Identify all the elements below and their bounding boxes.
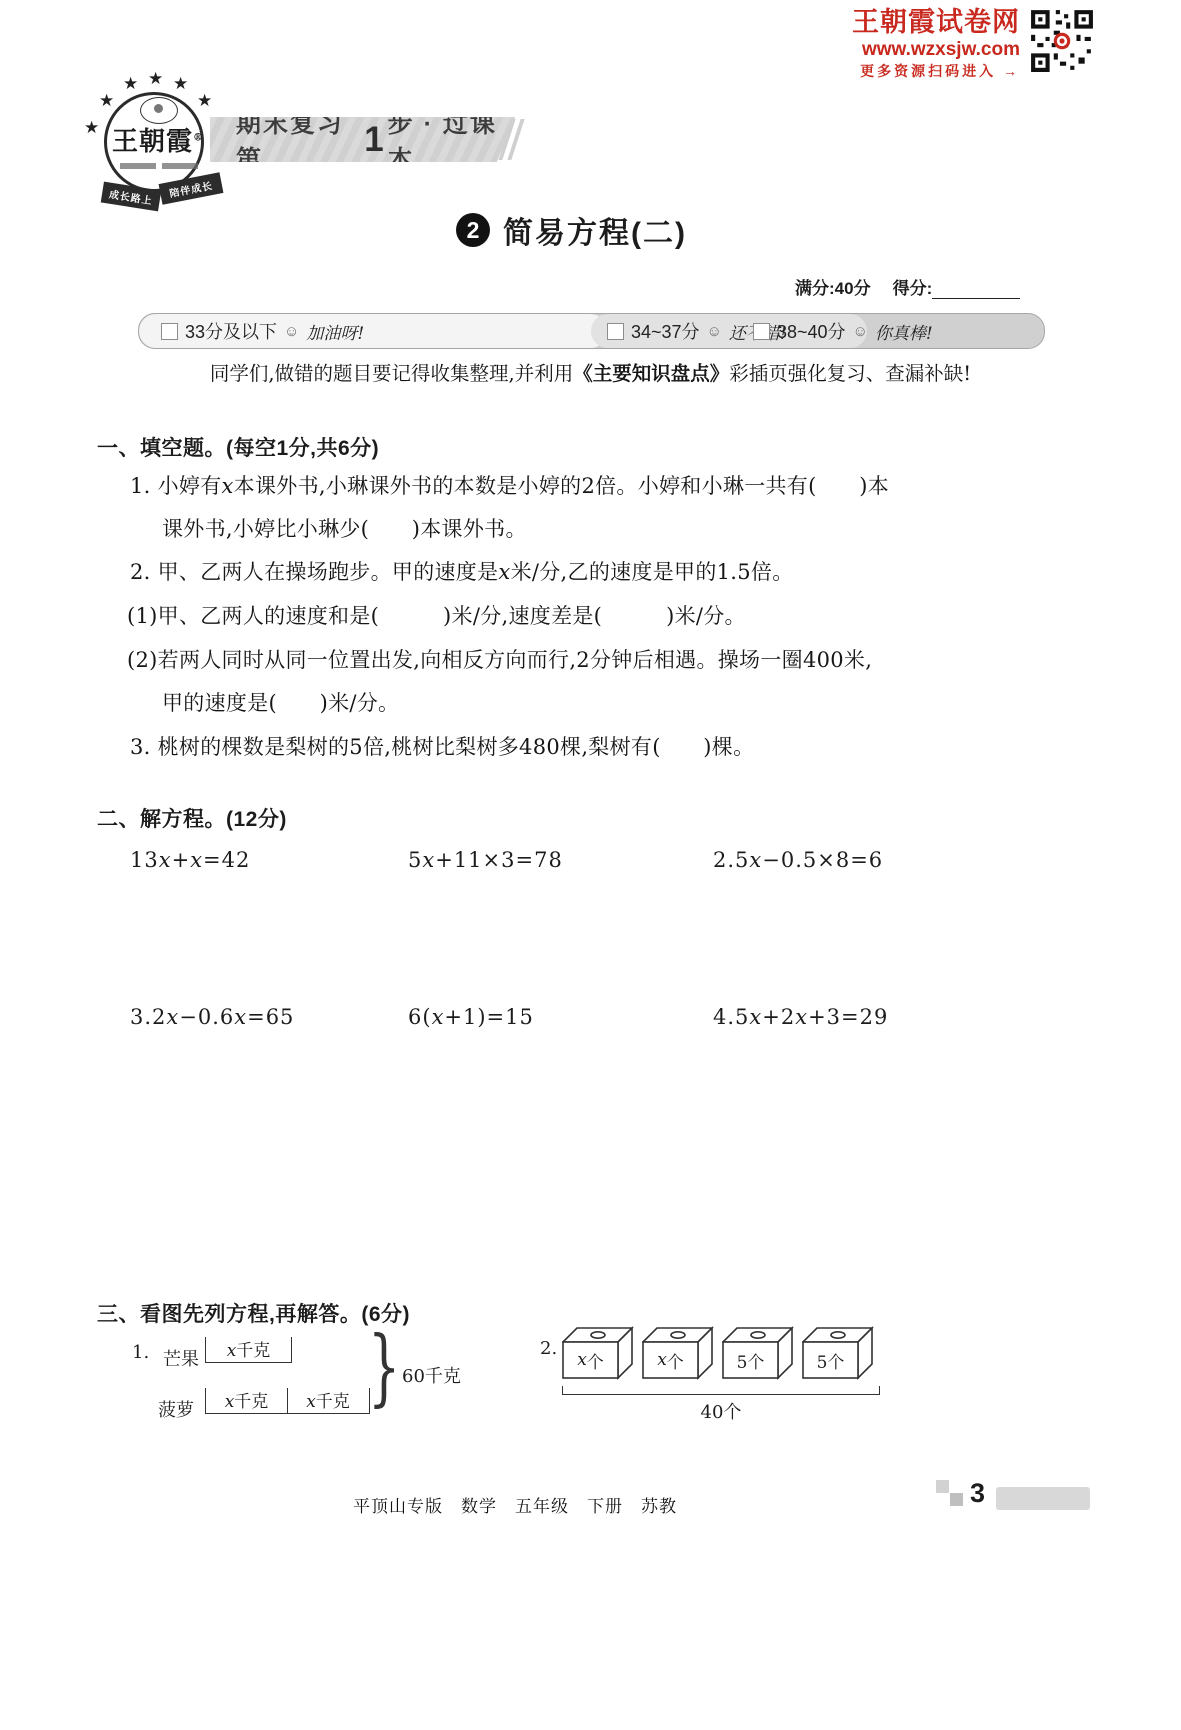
smiley-icon: ☺ [853,323,868,340]
range-label: 33分及以下 [185,318,277,344]
equation-6: 4.5x+2x+3=29 [713,1005,888,1029]
question-3-line-1: 3. 桃树的棵数是梨树的5倍,桃树比梨树多480棵,梨树有( )棵。 [130,731,754,761]
equation-1: 13x+x=42 [130,848,250,872]
qr-code-icon [1029,8,1095,74]
pineapple-segment-1: x千克 [205,1388,288,1414]
range-segment-3: 38~40分 ☺ 你真棒! [753,314,933,348]
diagram-1-bar-model: 1. 芒果 x千克 菠萝 x千克 x千克 } 60千克 [130,1332,470,1427]
footer-bar-decor [996,1487,1090,1510]
checkbox-range-3 [753,323,770,340]
star-icon: ★ [173,75,188,92]
score-blank-line [932,278,1020,299]
question-1-line-2: 课外书,小婷比小琳少( )本课外书。 [162,513,527,543]
badge-small-text-bar [162,163,198,169]
question-2-sub-2-line-2: 甲的速度是( )米/分。 [162,687,399,717]
range-label: 34~37分 [631,318,700,344]
checkbox-range-2 [607,323,624,340]
range-label: 38~40分 [777,318,846,344]
box-item: x个 [642,1322,720,1380]
banner-step-number: 1 [364,120,385,160]
notice-line: 同学们,做错的题目要记得收集整理,并利用《主要知识盘点》彩插页强化复习、查漏补缺… [0,358,1181,386]
box-label: 5个 [803,1342,858,1378]
score-ranges-bar: 33分及以下 ☺ 加油呀! 34~37分 ☺ 还不错! 38~40分 ☺ 你真棒… [138,313,1045,349]
masthead: 王朝霞试卷网 www.wzxsjw.com 更多资源扫码进入 → [852,8,1095,79]
smiley-icon: ☺ [707,323,722,340]
equation-3: 2.5x−0.5×8=6 [713,848,883,872]
portrait-icon [140,97,178,124]
diagram-1-number: 1. [132,1342,149,1363]
page-number: 3 [970,1478,985,1509]
got-score-label: 得分: [893,274,933,299]
range-remark: 你真棒! [875,319,933,344]
box-item: 5个 [722,1322,800,1380]
title-number-badge: 2 [456,213,490,247]
full-score-label: 满分:40分 [795,274,871,299]
question-2-line-1: 2. 甲、乙两人在操场跑步。甲的速度是x米/分,乙的速度是甲的1.5倍。 [130,556,794,586]
banner-suffix: 步 · 过课本 [388,104,515,176]
boxes-bracket [562,1386,880,1395]
badge-name: 王朝霞® [106,121,210,158]
section2-heading: 二、解方程。(12分) [97,803,287,833]
notice-book-title: 《主要知识盘点》 [573,363,729,385]
score-line: 满分:40分 得分: [795,274,1020,299]
equation-4: 3.2x−0.6x=65 [130,1005,294,1029]
pineapple-segment-2: x千克 [287,1388,370,1414]
page-title: 2 简易方程(二) [456,208,687,252]
smiley-icon: ☺ [284,323,299,340]
title-text: 简易方程(二) [503,208,687,252]
star-icon: ★ [99,92,114,109]
question-2-sub-1: (1)甲、乙两人的速度和是( )米/分,速度差是( )米/分。 [127,600,746,630]
equation-2: 5x+11×3=78 [408,848,563,872]
star-icon: ★ [148,70,163,87]
box-label: x个 [643,1342,698,1378]
box-row: x个 x个 5个 [562,1322,880,1380]
diagram-2-number: 2. [540,1338,557,1359]
question-2-sub-2: (2)若两人同时从同一位置出发,向相反方向而行,2分钟后相遇。操场一圈400米, [127,644,872,674]
site-url: www.wzxsjw.com [852,40,1020,61]
badge-small-text-bar [120,163,156,169]
review-step-banner: 期末复习第 1 步 · 过课本 [210,117,515,162]
brace-icon: } [368,1326,400,1410]
star-icon: ★ [197,92,212,109]
box-label: x个 [563,1342,618,1378]
worksheet-page: 王朝霞试卷网 www.wzxsjw.com 更多资源扫码进入 → [0,0,1181,1730]
footer-square-decor [950,1493,963,1506]
total-40-label: 40个 [562,1398,880,1424]
range-remark: 加油呀! [306,319,364,344]
footer-square-decor [936,1480,949,1493]
mango-label: 芒果 [163,1345,199,1371]
diagram-2-boxes: 2. x个 x个 [540,1322,900,1427]
box-item: x个 [562,1322,640,1380]
site-name: 王朝霞试卷网 [852,8,1020,38]
total-60kg-label: 60千克 [402,1362,461,1388]
section1-heading: 一、填空题。(每空1分,共6分) [97,432,379,462]
box-label: 5个 [723,1342,778,1378]
brand-badge: ★ ★ ★ ★ ★ ★ ★ 王朝霞® 成长路上 陪伴成长 [96,66,226,206]
checkbox-range-1 [161,323,178,340]
masthead-text-block: 王朝霞试卷网 www.wzxsjw.com 更多资源扫码进入 → [852,8,1020,79]
question-1-line-1: 1. 小婷有x本课外书,小琳课外书的本数是小婷的2倍。小婷和小琳一共有( )本 [130,470,889,500]
star-icon: ★ [123,75,138,92]
pineapple-label: 菠萝 [158,1396,194,1422]
range-segment-1: 33分及以下 ☺ 加油呀! [161,314,364,348]
section3-heading: 三、看图先列方程,再解答。(6分) [97,1298,410,1328]
equation-5: 6(x+1)=15 [408,1005,534,1029]
banner-prefix: 期末复习第 [236,104,362,176]
box-item: 5个 [802,1322,880,1380]
footer-edition-text: 平顶山专版 数学 五年级 下册 苏教 [0,1492,1030,1517]
site-more-line: 更多资源扫码进入 → [852,64,1020,79]
mango-segment: x千克 [205,1337,292,1363]
star-icon: ★ [84,119,99,136]
